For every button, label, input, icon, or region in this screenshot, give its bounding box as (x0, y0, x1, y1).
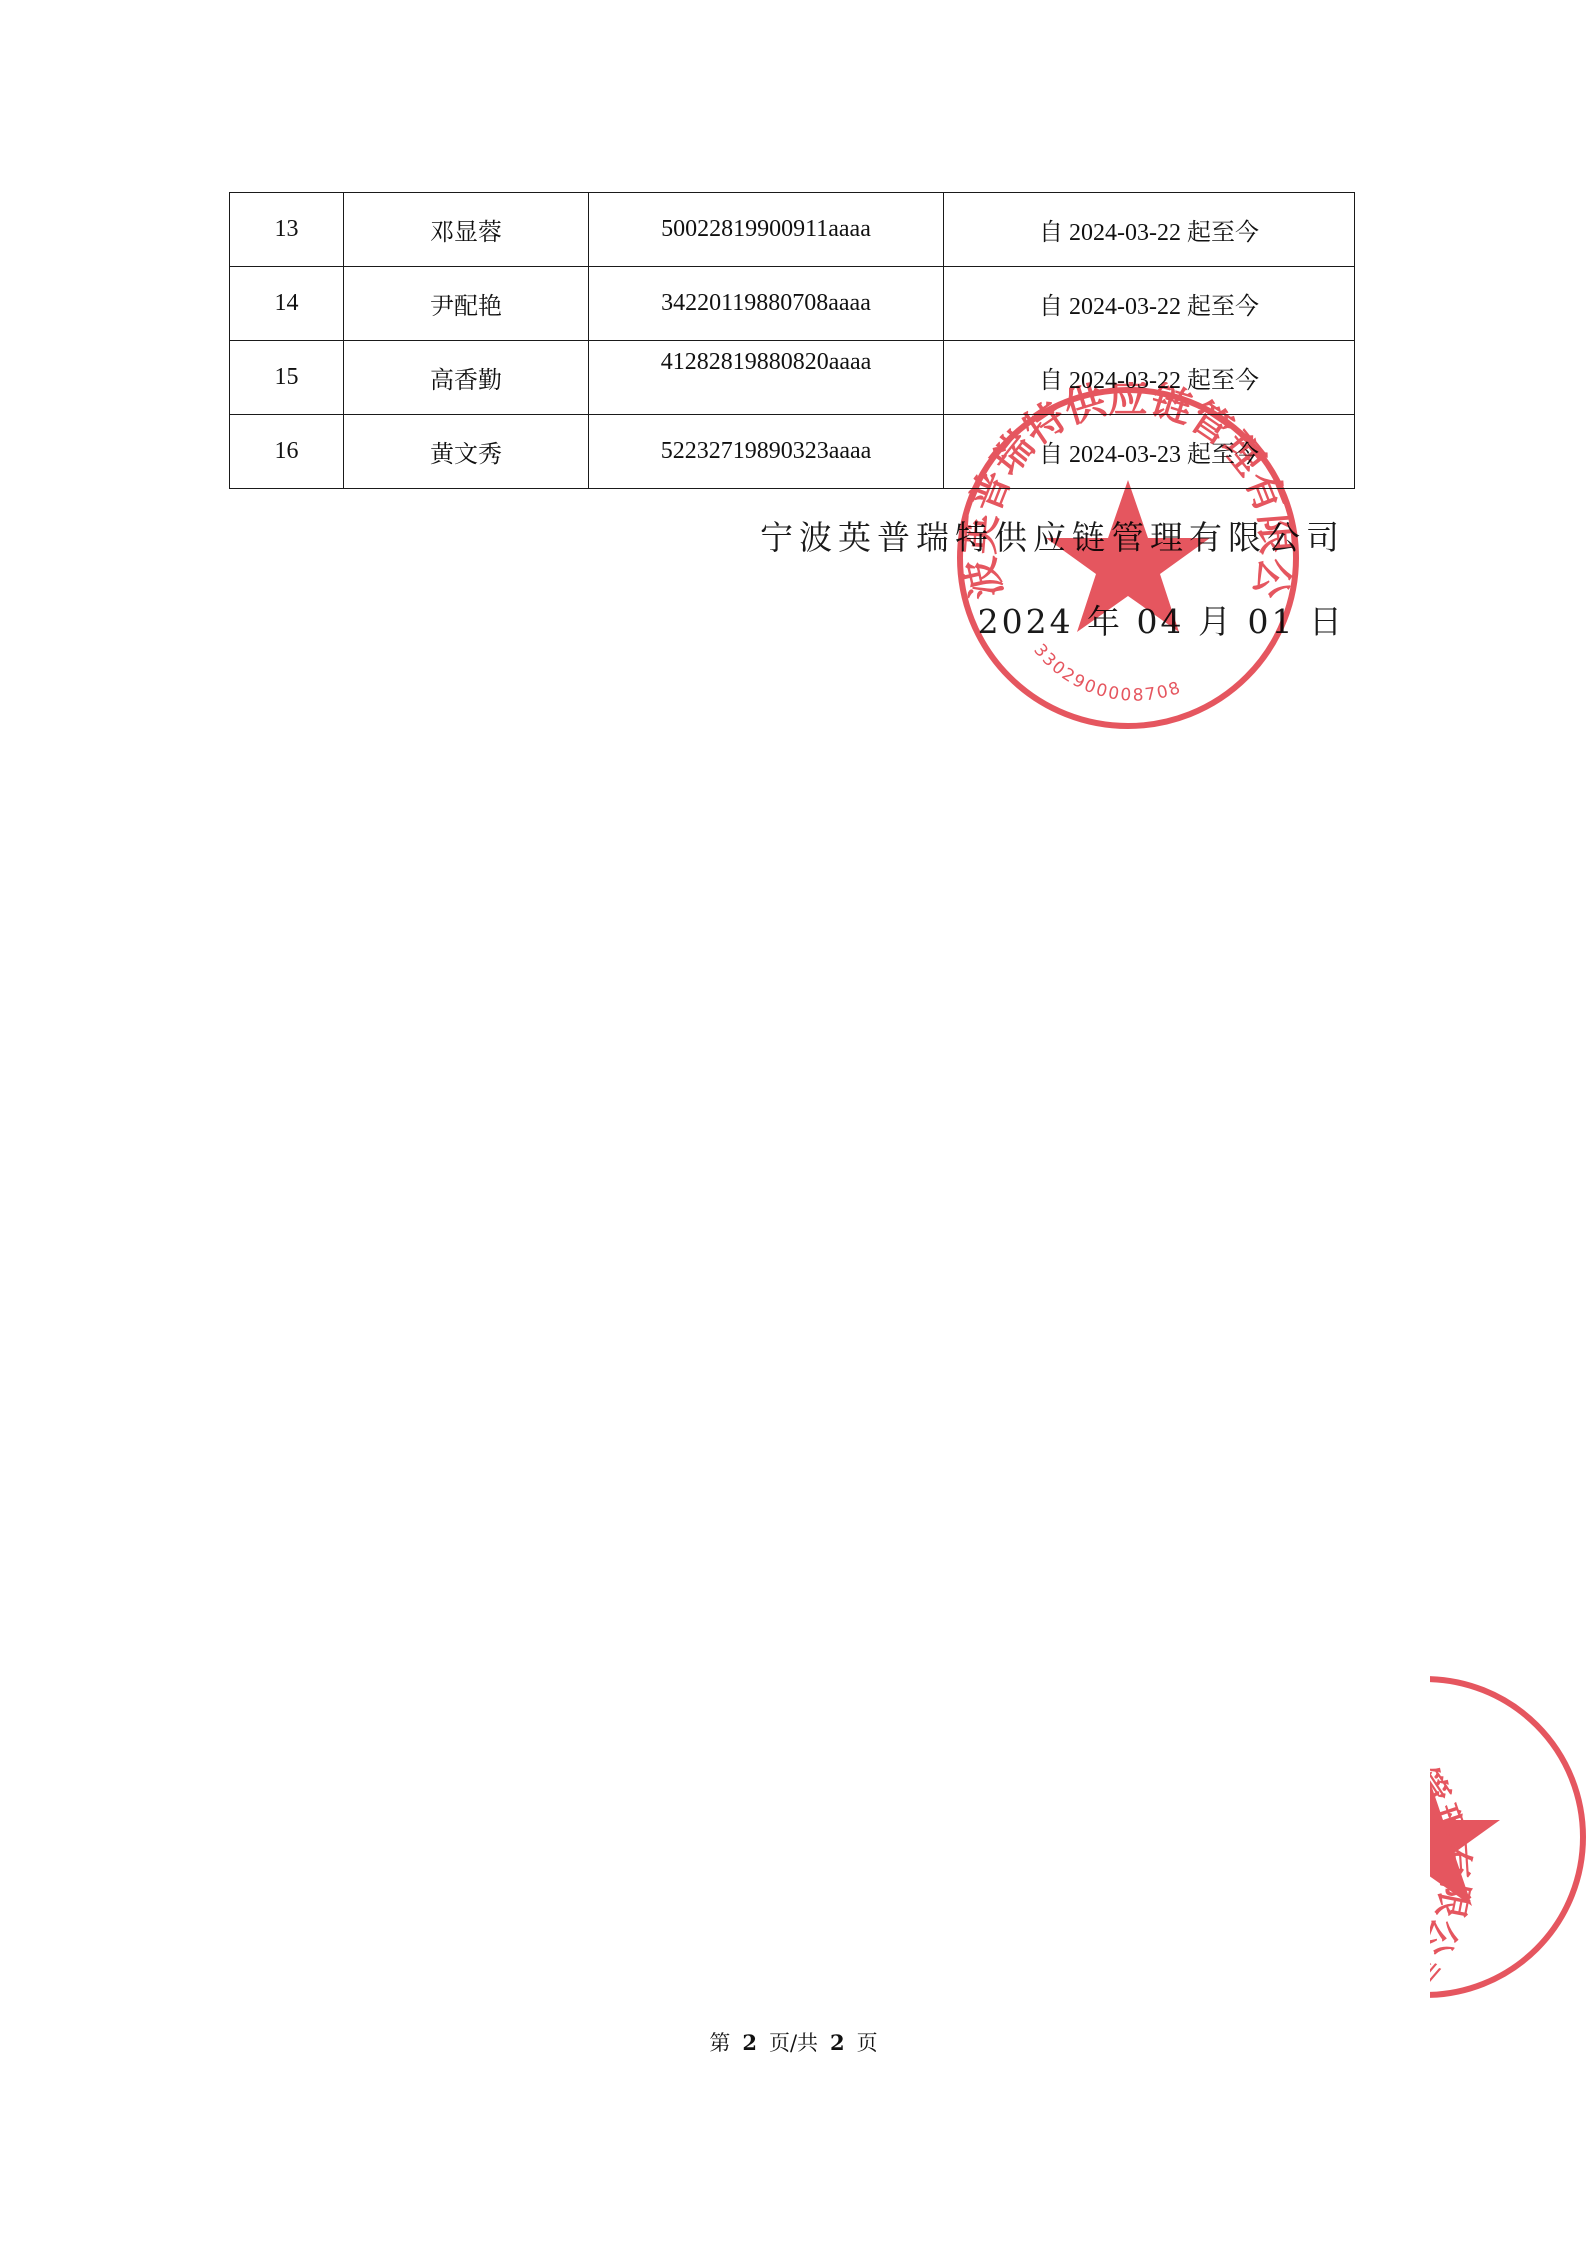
employee-name: 高香勤 (344, 341, 589, 415)
employment-period: 自 2024-03-22 起至今 (944, 267, 1355, 341)
total-pages: 2 (830, 2030, 845, 2055)
table-row: 13 邓显蓉 50022819900911aaaa 自 2024-03-22 起… (230, 193, 1355, 267)
id-number: 34220119880708aaaa (589, 267, 944, 341)
id-number: 50022819900911aaaa (589, 193, 944, 267)
footer-prefix: 第 (709, 2031, 730, 2055)
employment-period: 自 2024-03-22 起至今 (944, 341, 1355, 415)
table-row: 15 高香勤 41282819880820aaaa 自 2024-03-22 起… (230, 341, 1355, 415)
page-footer: 第2页/共2页 (0, 2027, 1587, 2057)
company-signature: 宁波英普瑞特供应链管理有限公司 (760, 512, 1345, 559)
employee-name: 尹配艳 (344, 267, 589, 341)
signature-date: 2024 年 04 月 01 日 (978, 596, 1345, 643)
employee-name: 邓显蓉 (344, 193, 589, 267)
footer-suffix: 页 (857, 2031, 878, 2055)
row-number: 15 (230, 341, 344, 415)
svg-text:3302900008708: 3302900008708 (1029, 640, 1184, 705)
row-number: 14 (230, 267, 344, 341)
table-row: 14 尹配艳 34220119880708aaaa 自 2024-03-22 起… (230, 267, 1355, 341)
employment-period: 自 2024-03-22 起至今 (944, 193, 1355, 267)
footer-middle: 页/共 (769, 2031, 818, 2055)
current-page: 2 (742, 2030, 757, 2055)
employee-table: 13 邓显蓉 50022819900911aaaa 自 2024-03-22 起… (229, 192, 1355, 489)
id-number: 52232719890323aaaa (589, 415, 944, 489)
partial-seal-icon: 供应链管理有限公司 (1430, 1672, 1587, 2002)
row-number: 13 (230, 193, 344, 267)
id-number: 41282819880820aaaa (589, 341, 944, 415)
table-row: 16 黄文秀 52232719890323aaaa 自 2024-03-23 起… (230, 415, 1355, 489)
employee-name: 黄文秀 (344, 415, 589, 489)
employment-period: 自 2024-03-23 起至今 (944, 415, 1355, 489)
partial-seal-clip: 供应链管理有限公司 (1430, 1672, 1587, 2002)
svg-text:供应链管理有限公司: 供应链管理有限公司 (1430, 1699, 1476, 1996)
row-number: 16 (230, 415, 344, 489)
